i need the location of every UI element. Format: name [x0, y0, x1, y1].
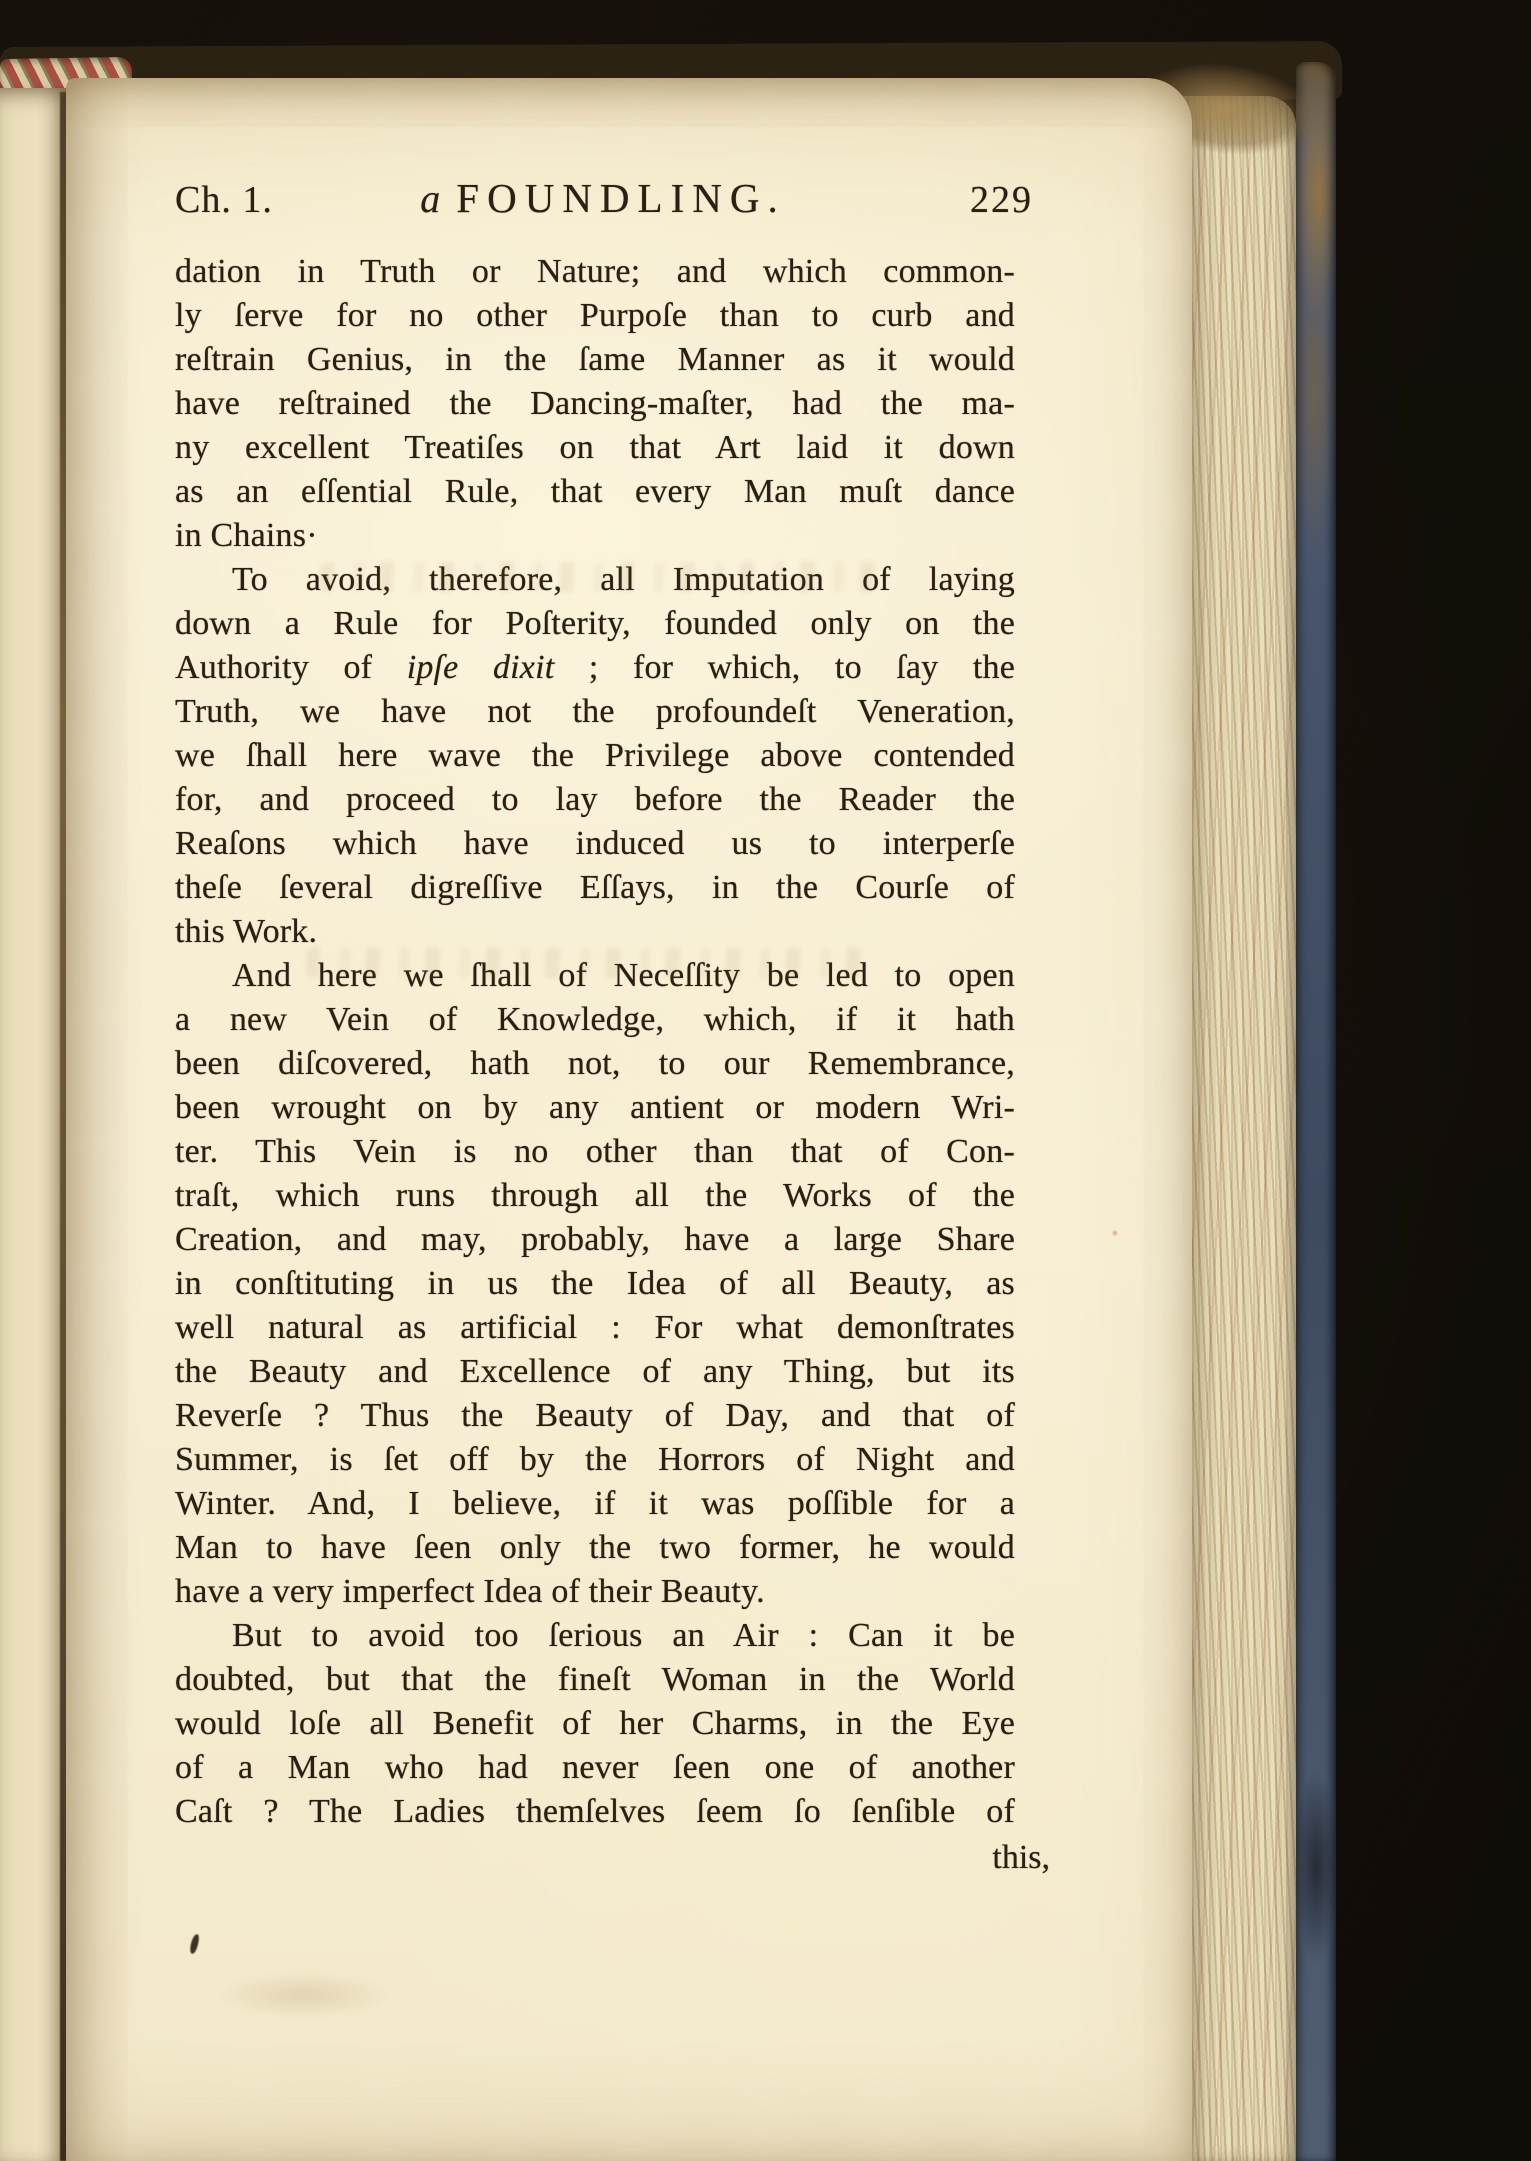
- text-line: Man to have ſeen only the two former, he…: [175, 1526, 1015, 1570]
- text-line: Winter. And, I believe, if it was poſſib…: [175, 1482, 1015, 1526]
- facing-page-edge: [0, 88, 66, 2161]
- text-line: a new Vein of Knowledge, which, if it ha…: [175, 998, 1015, 1042]
- text-line: of a Man who had never ſeen one of anoth…: [175, 1746, 1015, 1790]
- text-line: would loſe all Benefit of her Charms, in…: [175, 1702, 1015, 1746]
- text-line: theſe ſeveral digreſſive Eſſays, in the …: [175, 866, 1015, 910]
- text-line: have a very imperfect Idea of their Beau…: [175, 1570, 1015, 1614]
- page-header: Ch. 1. aFOUNDLING. 229: [175, 174, 1015, 226]
- text-line: well natural as artificial : For what de…: [175, 1306, 1015, 1350]
- stray-ink-mark: [189, 1933, 200, 1954]
- text-line: in Chains·: [175, 514, 1015, 558]
- text-line: for, and proceed to lay before the Reade…: [175, 778, 1015, 822]
- body-text: dation in Truth or Nature; and which com…: [175, 250, 1015, 1834]
- text-line: ny excellent Treatiſes on that Art laid …: [175, 426, 1015, 470]
- page-number: 229: [970, 178, 1033, 222]
- text-line: Reaſons which have induced us to interpe…: [175, 822, 1015, 866]
- text-line: as an eſſential Rule, that every Man muſ…: [175, 470, 1015, 514]
- text-line: Summer, is ſet off by the Horrors of Nig…: [175, 1438, 1015, 1482]
- chapter-label: Ch. 1.: [175, 178, 273, 222]
- running-title-main: FOUNDLING.: [456, 175, 785, 221]
- text-line: Caſt ? The Ladies themſelves ſeem ſo ſen…: [175, 1790, 1015, 1834]
- text-line: Reverſe ? Thus the Beauty of Day, and th…: [175, 1394, 1015, 1438]
- ink-showthrough: [306, 948, 866, 978]
- text-line: we ſhall here wave the Privilege above c…: [175, 734, 1015, 778]
- page-stack-fore-edge: [1183, 96, 1296, 2161]
- book-page: Ch. 1. aFOUNDLING. 229 dation in Truth o…: [66, 78, 1192, 2161]
- book-cover-edge: [1296, 62, 1336, 2161]
- running-title: aFOUNDLING.: [420, 174, 785, 222]
- catchword: this,: [66, 1836, 1050, 1880]
- text-line: been diſcovered, hath not, to our Rememb…: [175, 1042, 1015, 1086]
- ink-showthrough: [186, 1964, 421, 2026]
- text-line: have reſtrained the Dancing-maſter, had …: [175, 382, 1015, 426]
- text-line: the Beauty and Excellence of any Thing, …: [175, 1350, 1015, 1394]
- running-title-article: a: [420, 176, 440, 221]
- text-line: been wrought on by any antient or modern…: [175, 1086, 1015, 1130]
- text-line: reſtrain Genius, in the ſame Manner as i…: [175, 338, 1015, 382]
- text-line: ter. This Vein is no other than that of …: [175, 1130, 1015, 1174]
- text-line: down a Rule for Poſterity, founded only …: [175, 602, 1015, 646]
- text-line: traſt, which runs through all the Works …: [175, 1174, 1015, 1218]
- book-photo: Ch. 1. aFOUNDLING. 229 dation in Truth o…: [0, 0, 1531, 2161]
- text-line: ly ſerve for no other Purpoſe than to cu…: [175, 294, 1015, 338]
- text-line: Authority of ipſe dixit ; for which, to …: [175, 646, 1015, 690]
- text-line: But to avoid too ſerious an Air : Can it…: [175, 1614, 1015, 1658]
- text-line: Creation, and may, probably, have a larg…: [175, 1218, 1015, 1262]
- text-line: Truth, we have not the profoundeſt Vener…: [175, 690, 1015, 734]
- text-line: doubted, but that the fineſt Woman in th…: [175, 1658, 1015, 1702]
- ink-showthrough: [320, 562, 880, 592]
- text-line: dation in Truth or Nature; and which com…: [175, 250, 1015, 294]
- text-line: in conſtituting in us the Idea of all Be…: [175, 1262, 1015, 1306]
